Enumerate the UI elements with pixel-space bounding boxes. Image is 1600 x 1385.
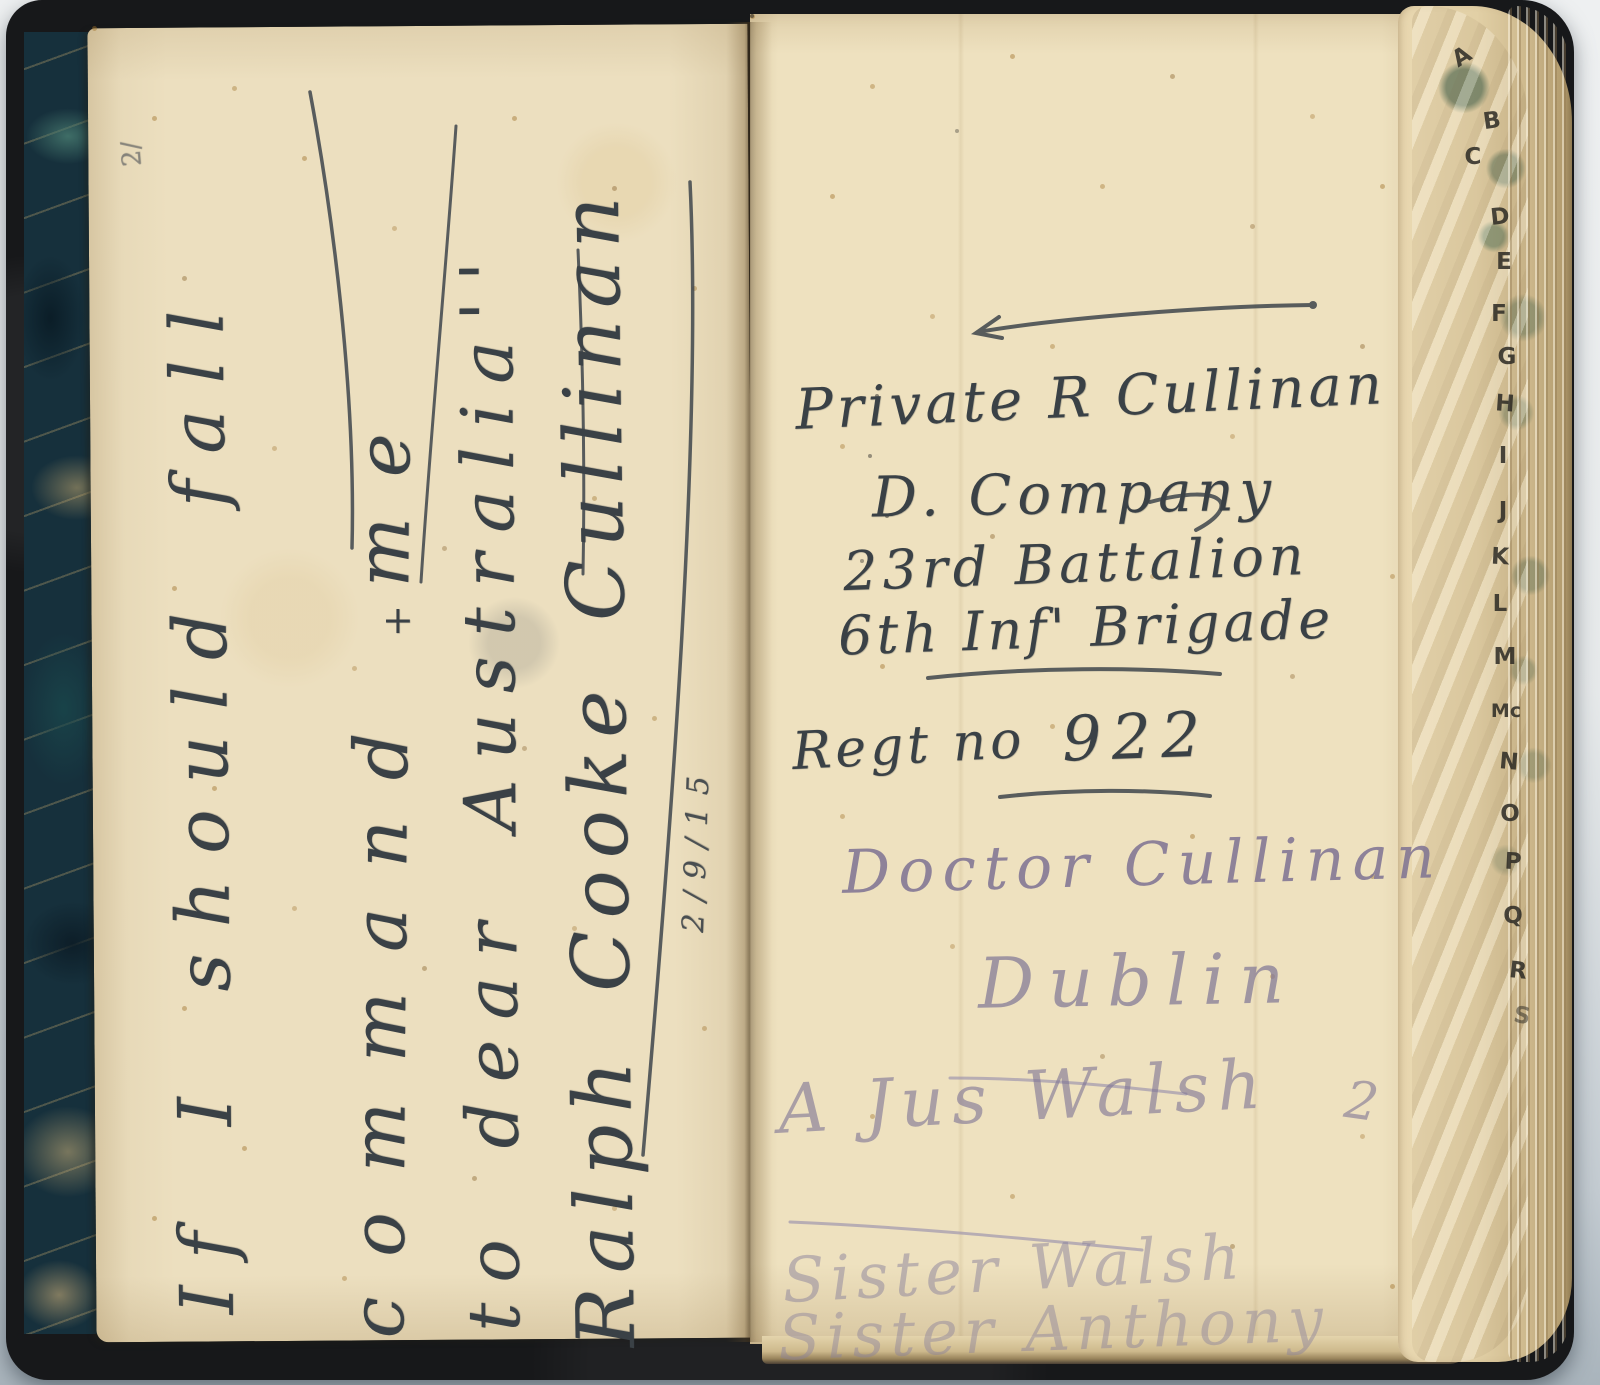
index-tab-f: F xyxy=(1491,301,1507,327)
index-tab-q: Q xyxy=(1503,903,1523,929)
index-tab-m: M xyxy=(1494,644,1517,670)
quote-line-2: command me xyxy=(335,393,428,1339)
index-tab-r: R xyxy=(1508,957,1528,985)
index-tab-d: D xyxy=(1489,203,1511,231)
index-tab-c: C xyxy=(1464,144,1482,171)
signature-ralph-cooke-cullinan: Ralph Cooke Cullinan xyxy=(544,184,653,1348)
index-tab-k: K xyxy=(1490,544,1509,571)
index-tab-g: G xyxy=(1498,344,1517,370)
quote-line-1: If I should fall xyxy=(154,284,251,1315)
index-tab-e: E xyxy=(1496,249,1512,275)
pencil-page-mark: 2/ xyxy=(116,140,148,168)
index-tab-mc: Mc xyxy=(1491,700,1521,722)
index-tab-l: L xyxy=(1493,591,1508,617)
page-gutter xyxy=(726,22,772,1342)
index-tab-edge: A B C D E F G H I J K L M Mc N O P Q R S xyxy=(1398,6,1572,1362)
pencil-line-dublin: Dublin xyxy=(977,937,1298,1025)
index-tab-p: P xyxy=(1504,849,1522,876)
reg-number-value: 922 xyxy=(1061,697,1212,775)
ink-line-d-company: D. Company xyxy=(871,458,1277,530)
insert-caret-mark: + xyxy=(382,598,414,642)
index-tab-h: H xyxy=(1494,390,1515,417)
quote-line-3: to dear Australia'' xyxy=(444,241,536,1332)
paper-specks-left xyxy=(92,26,97,31)
index-tab-b: B xyxy=(1482,107,1503,135)
page-stack-lines xyxy=(1508,6,1570,1362)
index-tab-o: O xyxy=(1500,801,1520,827)
index-tab-j: J xyxy=(1499,498,1508,524)
ink-specks xyxy=(750,14,754,18)
notebook-photo: A B C D E F G H I J K L M Mc N O P Q R S xyxy=(0,0,1600,1385)
date-mark: 2/9/15 xyxy=(676,764,717,934)
index-tab-i: I xyxy=(1499,443,1508,469)
reg-number-label: Regt no xyxy=(791,710,1027,782)
index-tab-n: N xyxy=(1498,748,1519,776)
